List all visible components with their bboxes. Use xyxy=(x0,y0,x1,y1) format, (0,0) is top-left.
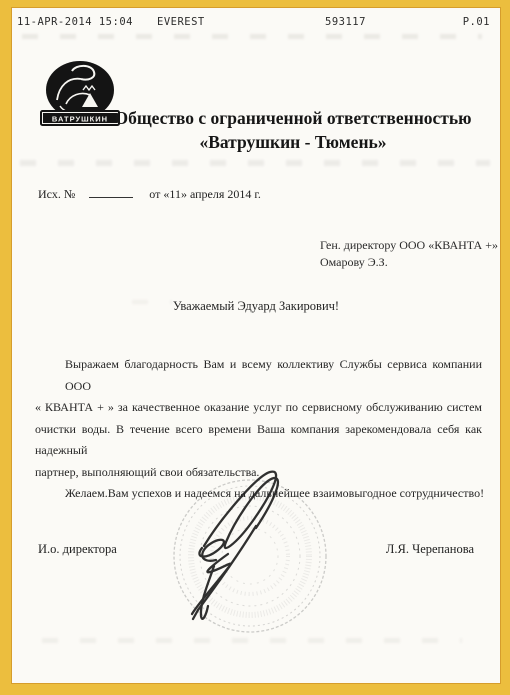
ref-date: от «11» апреля 2014 г. xyxy=(149,187,261,201)
fax-page-number: P.01 xyxy=(463,16,490,28)
body-line: Выражаем благодарность Вам и всему колле… xyxy=(35,354,482,397)
signer-name: Л.Я. Черепанова xyxy=(386,542,474,557)
fax-number: 593117 xyxy=(325,16,366,28)
salutation: Уважаемый Эдуард Закирович! xyxy=(12,299,500,314)
org-title-line1: Общество с ограниченной ответственностью xyxy=(94,106,492,130)
ref-number-blank xyxy=(89,187,133,198)
fax-station-name: EVEREST xyxy=(157,16,205,28)
outgoing-ref-line: Исх. №от «11» апреля 2014 г. xyxy=(38,187,261,202)
ref-prefix: Исх. № xyxy=(38,187,75,201)
letterhead-title: Общество с ограниченной ответственностью… xyxy=(94,106,492,154)
fax-datetime: 11-APR-2014 15:04 xyxy=(17,16,133,28)
fax-header: 11-APR-2014 15:04 EVEREST 593117 P.01 xyxy=(12,8,500,38)
org-title-line2: «Ватрушкин - Тюмень» xyxy=(94,130,492,154)
recipient-block: Ген. директору ООО «КВАНТА +» Омарову Э.… xyxy=(320,237,498,270)
signer-position: И.о. директора xyxy=(38,542,117,557)
handwritten-signature xyxy=(192,472,278,619)
recipient-title: Ген. директору ООО «КВАНТА +» xyxy=(320,237,498,254)
recipient-name: Омарову Э.З. xyxy=(320,254,498,271)
body-line: « КВАНТА + » за качественное оказание ус… xyxy=(35,397,482,419)
scan-noise-streak xyxy=(20,160,490,166)
stamp-and-signature xyxy=(142,446,352,641)
scanned-letter-page: 11-APR-2014 15:04 EVEREST 593117 P.01 ВА… xyxy=(12,8,500,683)
round-stamp-icon xyxy=(142,446,352,641)
